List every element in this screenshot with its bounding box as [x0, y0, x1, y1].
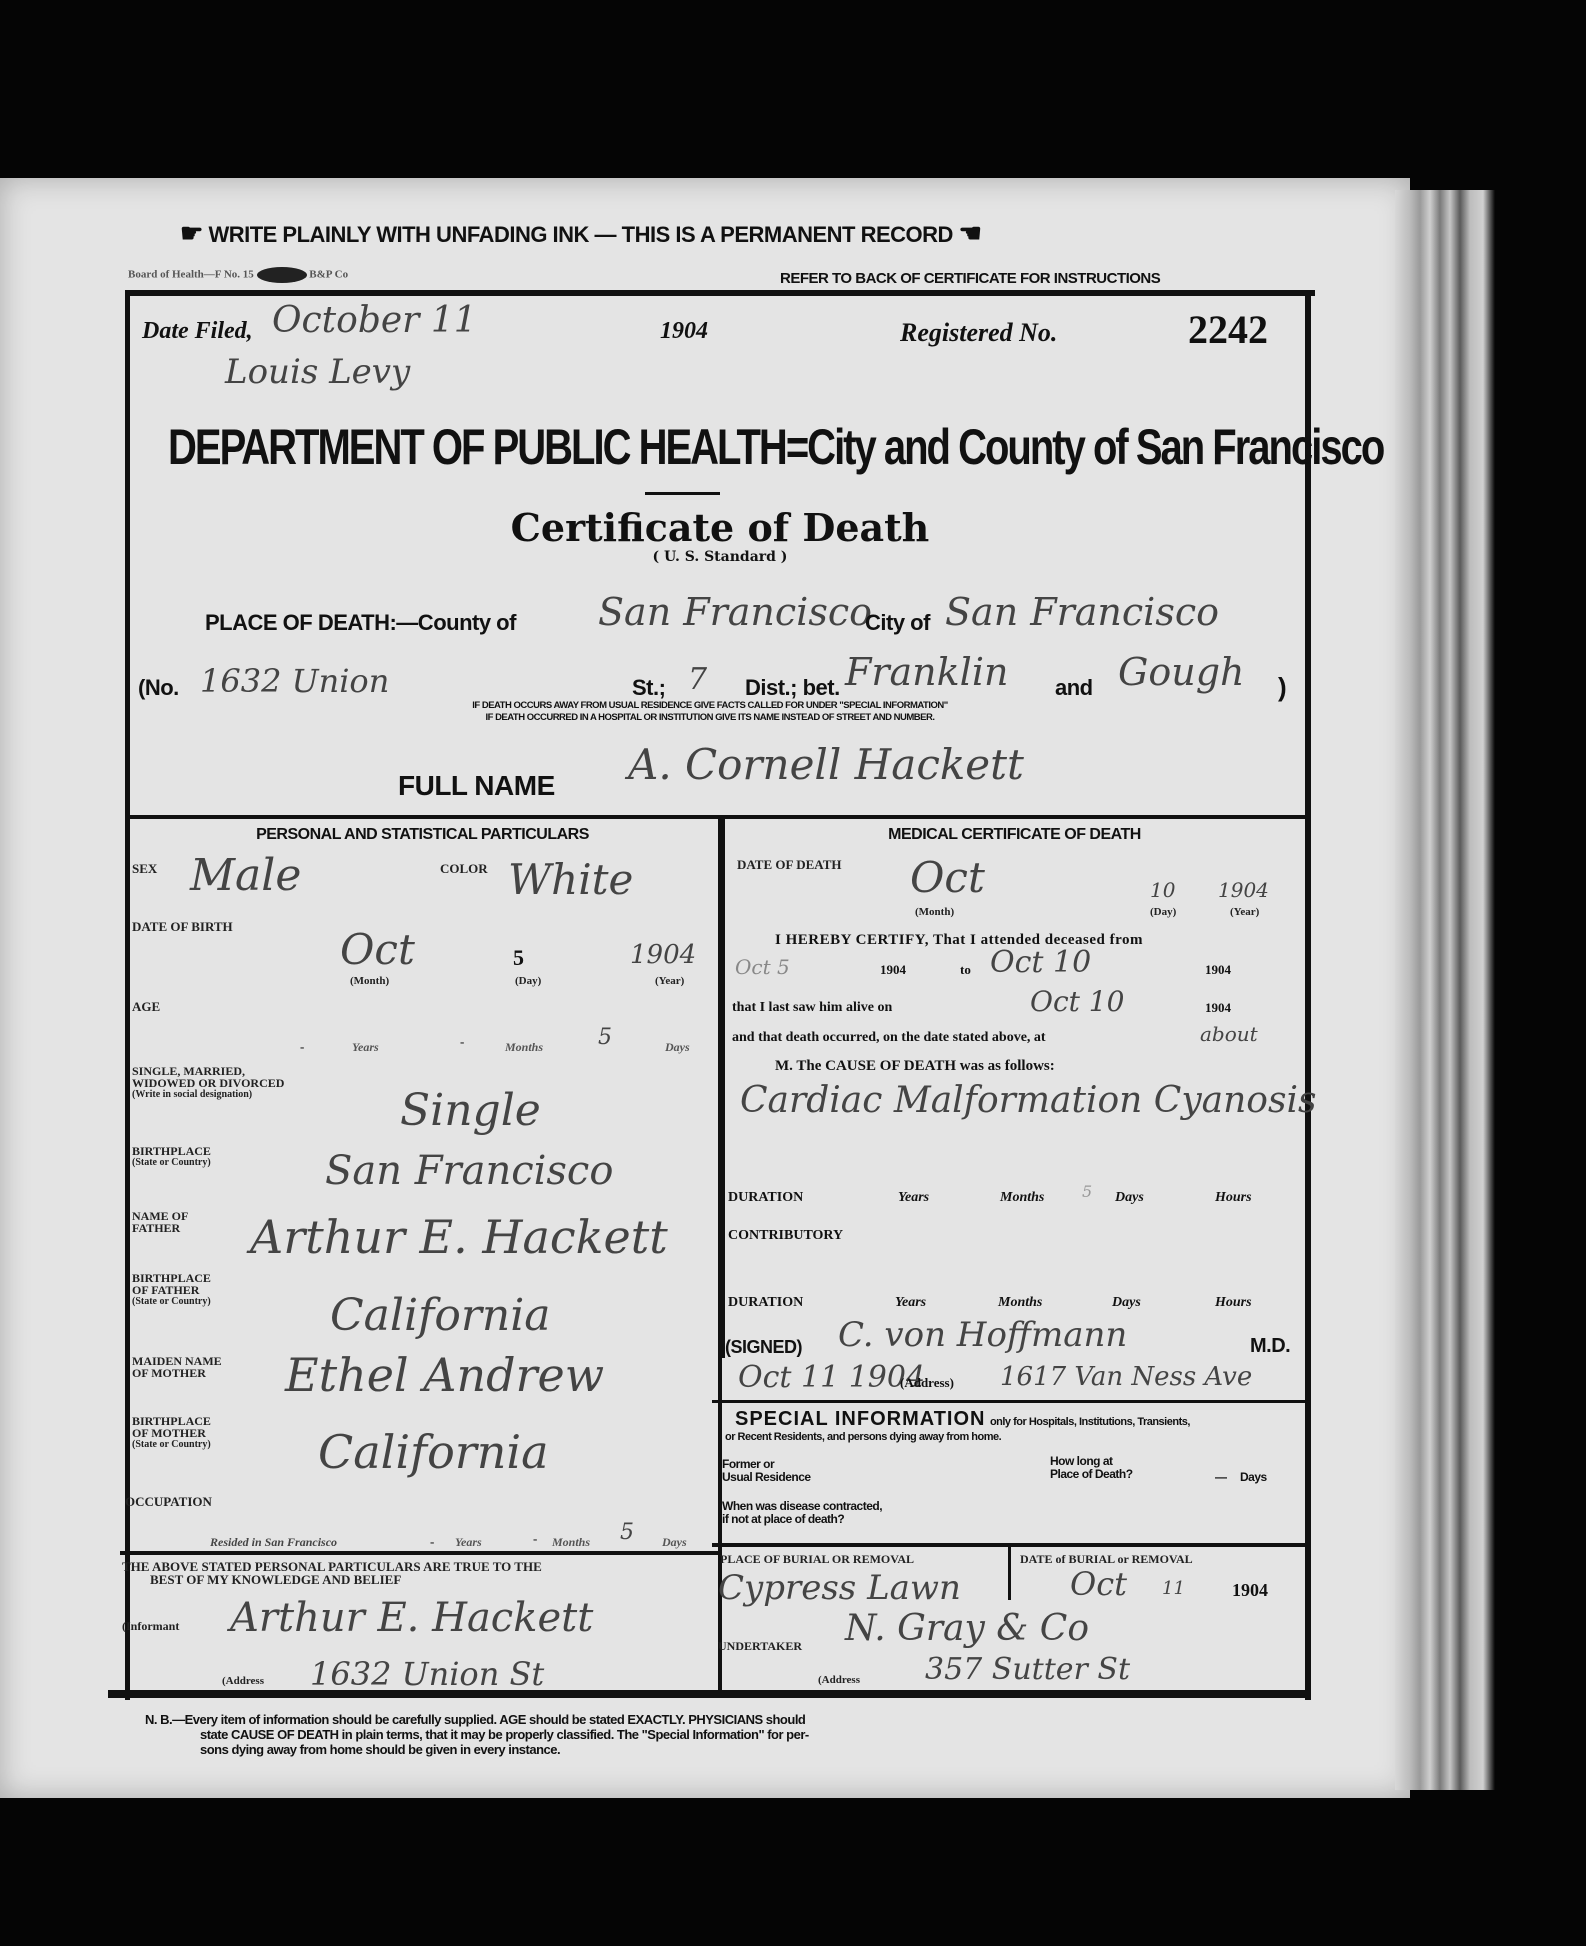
city-label: City of [865, 610, 930, 636]
duration-hours-caption: Hours [1215, 1190, 1252, 1206]
mother-name-label: MAIDEN NAME OF MOTHER [132, 1355, 222, 1379]
last-saw-year: 1904 [1205, 1000, 1231, 1016]
dob-day-caption: (Day) [515, 975, 541, 988]
filed-year: 1904 [660, 318, 708, 345]
close-paren: ) [1278, 672, 1286, 703]
title-divider [645, 492, 720, 495]
date-filed-value: October 11 [272, 300, 477, 341]
dob-year: 1904 [630, 940, 696, 970]
burial-date-year: 1904 [1232, 1580, 1268, 1601]
resided-months-caption: Months [552, 1535, 590, 1550]
burial-date-month: Oct [1070, 1565, 1127, 1603]
physician-signature: C. von Hoffmann [838, 1315, 1127, 1355]
informant-address-value: 1632 Union St [310, 1655, 544, 1693]
contributory-label: CONTRIBUTORY [728, 1228, 843, 1244]
dod-month: Oct [910, 853, 985, 902]
dob-month: Oct [340, 925, 415, 974]
full-name-label: FULL NAME [398, 770, 555, 802]
attended-from-year: 1904 [880, 962, 906, 978]
frame-right [1305, 290, 1311, 1700]
duration-2-hours-caption: Hours [1215, 1295, 1252, 1311]
dob-label: DATE OF BIRTH [132, 920, 233, 933]
informant-label: (Informant [122, 1620, 179, 1633]
place-of-death-note: IF DEATH OCCURS AWAY FROM USUAL RESIDENC… [280, 700, 1140, 724]
duration-2-years-caption: Years [895, 1295, 926, 1311]
instructions-note: REFER TO BACK OF CERTIFICATE FOR INSTRUC… [780, 270, 1160, 287]
sex-label: SEX [132, 862, 157, 875]
occupation-label: OCCUPATION [125, 1495, 212, 1508]
date-filed-label: Date Filed, [142, 318, 253, 345]
duration-days-value: 5 [1082, 1182, 1092, 1201]
marital-status-value: Single [400, 1085, 541, 1136]
union-label-seal-icon [257, 267, 307, 283]
occurred-text: and that death occurred, on the date sta… [732, 1030, 1046, 1046]
dod-year-caption: (Year) [1230, 906, 1259, 919]
how-long-label: How long at Place of Death? [1050, 1455, 1133, 1481]
us-standard: ( U. S. Standard ) [0, 549, 1440, 565]
burial-place-label: PLACE OF BURIAL OR REMOVAL [720, 1553, 914, 1566]
father-birthplace-value: California [330, 1290, 551, 1341]
attended-to: Oct 10 [990, 945, 1091, 980]
street-label: St.; [632, 675, 665, 701]
burial-place-value: Cypress Lawn [718, 1568, 961, 1608]
physician-address-label: (Address) [900, 1375, 954, 1391]
father-name-label: NAME OF FATHER [132, 1210, 188, 1234]
city-value: San Francisco [945, 590, 1219, 634]
frame-bottom [108, 1690, 1308, 1698]
warning-text: WRITE PLAINLY WITH UNFADING INK — THIS I… [208, 222, 953, 247]
resided-label: Resided in San Francisco [210, 1535, 337, 1550]
and-label: and [1055, 675, 1093, 701]
last-saw-value: Oct 10 [1030, 985, 1124, 1018]
dob-day: 5 [513, 945, 524, 971]
undertaker-value: N. Gray & Co [845, 1608, 1089, 1649]
special-divider [712, 1400, 1308, 1403]
cause-of-death-value: Cardiac Malformation Cyanosis [740, 1080, 1316, 1121]
frame-left [125, 290, 130, 1700]
age-days: 5 [598, 1025, 612, 1050]
signed-label: (SIGNED) [725, 1337, 802, 1358]
dod-month-caption: (Month) [915, 906, 954, 919]
affirmation-text: THE ABOVE STATED PERSONAL PARTICULARS AR… [122, 1560, 542, 1586]
physician-address-value: 1617 Van Ness Ave [1000, 1362, 1252, 1392]
undertaker-address-label: (Address [818, 1674, 860, 1687]
last-saw-text: that I last saw him alive on [732, 1000, 892, 1016]
registered-label: Registered No. [900, 318, 1057, 348]
age-years: - [300, 1040, 304, 1053]
dod-day-caption: (Day) [1150, 906, 1176, 919]
duration-label: DURATION [728, 1190, 803, 1206]
informant-value: Arthur E. Hackett [230, 1595, 593, 1641]
dod-label: DATE OF DEATH [737, 858, 842, 871]
registrar-signature: Louis Levy [225, 352, 410, 392]
personal-heading: PERSONAL AND STATISTICAL PARTICULARS [130, 826, 715, 844]
informant-divider [120, 1551, 718, 1555]
special-heading: SPECIAL INFORMATION only for Hospitals, … [735, 1408, 1305, 1443]
age-months: - [460, 1035, 464, 1048]
dob-month-caption: (Month) [350, 975, 389, 988]
county-value: San Francisco [598, 590, 872, 634]
former-residence-label: Former or Usual Residence [722, 1458, 811, 1484]
undertaker-address-value: 357 Sutter St [925, 1652, 1130, 1687]
age-label: AGE [132, 1000, 160, 1013]
undertaker-label: UNDERTAKER [718, 1640, 802, 1653]
resided-months: - [533, 1532, 537, 1545]
cross-street-1: Franklin [845, 650, 1008, 694]
informant-address-label: (Address [222, 1675, 264, 1688]
birthplace-value: San Francisco [325, 1148, 613, 1194]
how-long-days-caption: Days [1240, 1470, 1267, 1484]
color-label: COLOR [440, 862, 488, 875]
color-value: White [508, 855, 633, 904]
sex-value: Male [190, 850, 301, 901]
pointing-hand-right-icon: ☛ [180, 218, 203, 248]
md-label: M.D. [1250, 1335, 1290, 1358]
footer-note: N. B.—Every item of information should b… [145, 1712, 1245, 1757]
place-of-death-label: PLACE OF DEATH:—County of [205, 610, 516, 636]
district-value: 7 [688, 662, 707, 697]
full-name-value: A. Cornell Hackett [628, 740, 1024, 789]
medical-inner-left [722, 818, 725, 1358]
time-of-death: about [1200, 1022, 1258, 1046]
department-title: DEPARTMENT OF PUBLIC HEALTH=City and Cou… [168, 420, 1383, 476]
resided-years: - [430, 1535, 434, 1548]
street-no-label: (No. [138, 675, 179, 701]
age-months-caption: Months [505, 1040, 543, 1055]
dod-day: 10 [1150, 878, 1175, 902]
frame-top [125, 290, 1315, 296]
attended-to-year: 1904 [1205, 962, 1231, 978]
registered-number: 2242 [1188, 306, 1268, 353]
cross-street-2: Gough [1118, 650, 1245, 694]
mother-birthplace-value: California [318, 1425, 549, 1479]
district-between-label: Dist.; bet. [745, 675, 840, 701]
dod-year: 1904 [1218, 878, 1269, 902]
dob-year-caption: (Year) [655, 975, 684, 988]
attended-from: Oct 5 [735, 955, 790, 979]
father-name-value: Arthur E. Hackett [250, 1210, 668, 1264]
age-days-caption: Days [665, 1040, 690, 1055]
duration-2-label: DURATION [728, 1295, 803, 1311]
contracted-label: When was disease contracted, if not at p… [722, 1500, 882, 1526]
duration-years-caption: Years [898, 1190, 929, 1206]
duration-months-caption: Months [1000, 1190, 1044, 1206]
burial-date-day: 11 [1162, 1578, 1185, 1599]
marital-label: SINGLE, MARRIED, WIDOWED OR DIVORCED (Wr… [132, 1065, 284, 1101]
street-address-value: 1632 Union [200, 662, 389, 700]
certificate-title: Certificate of Death [0, 505, 1440, 550]
to-label: to [960, 962, 971, 978]
resided-days-caption: Days [662, 1535, 687, 1550]
pointing-hand-left-icon: ☚ [959, 218, 982, 248]
signed-date: Oct 11 1904 [738, 1360, 925, 1395]
burial-column-divider [1008, 1545, 1011, 1600]
how-long-value: — [1215, 1470, 1227, 1484]
birthplace-label: BIRTHPLACE (State or Country) [132, 1145, 211, 1169]
resided-days: 5 [620, 1520, 634, 1545]
age-years-caption: Years [352, 1040, 379, 1055]
mother-name-value: Ethel Andrew [285, 1348, 604, 1402]
father-birthplace-label: BIRTHPLACE OF FATHER (State or Country) [132, 1272, 211, 1308]
cause-intro-text: M. The CAUSE OF DEATH was as follows: [775, 1058, 1055, 1075]
medical-heading: MEDICAL CERTIFICATE OF DEATH [722, 826, 1307, 844]
duration-days-caption: Days [1115, 1190, 1144, 1206]
resided-years-caption: Years [455, 1535, 482, 1550]
duration-2-months-caption: Months [998, 1295, 1042, 1311]
ledger-page-edges [1395, 190, 1495, 1790]
form-code: Board of Health—F No. 15 B&P Co [128, 267, 348, 283]
mother-birthplace-label: BIRTHPLACE OF MOTHER (State or Country) [132, 1415, 211, 1451]
warning-banner: ☛ WRITE PLAINLY WITH UNFADING INK — THIS… [180, 218, 981, 249]
duration-2-days-caption: Days [1112, 1295, 1141, 1311]
